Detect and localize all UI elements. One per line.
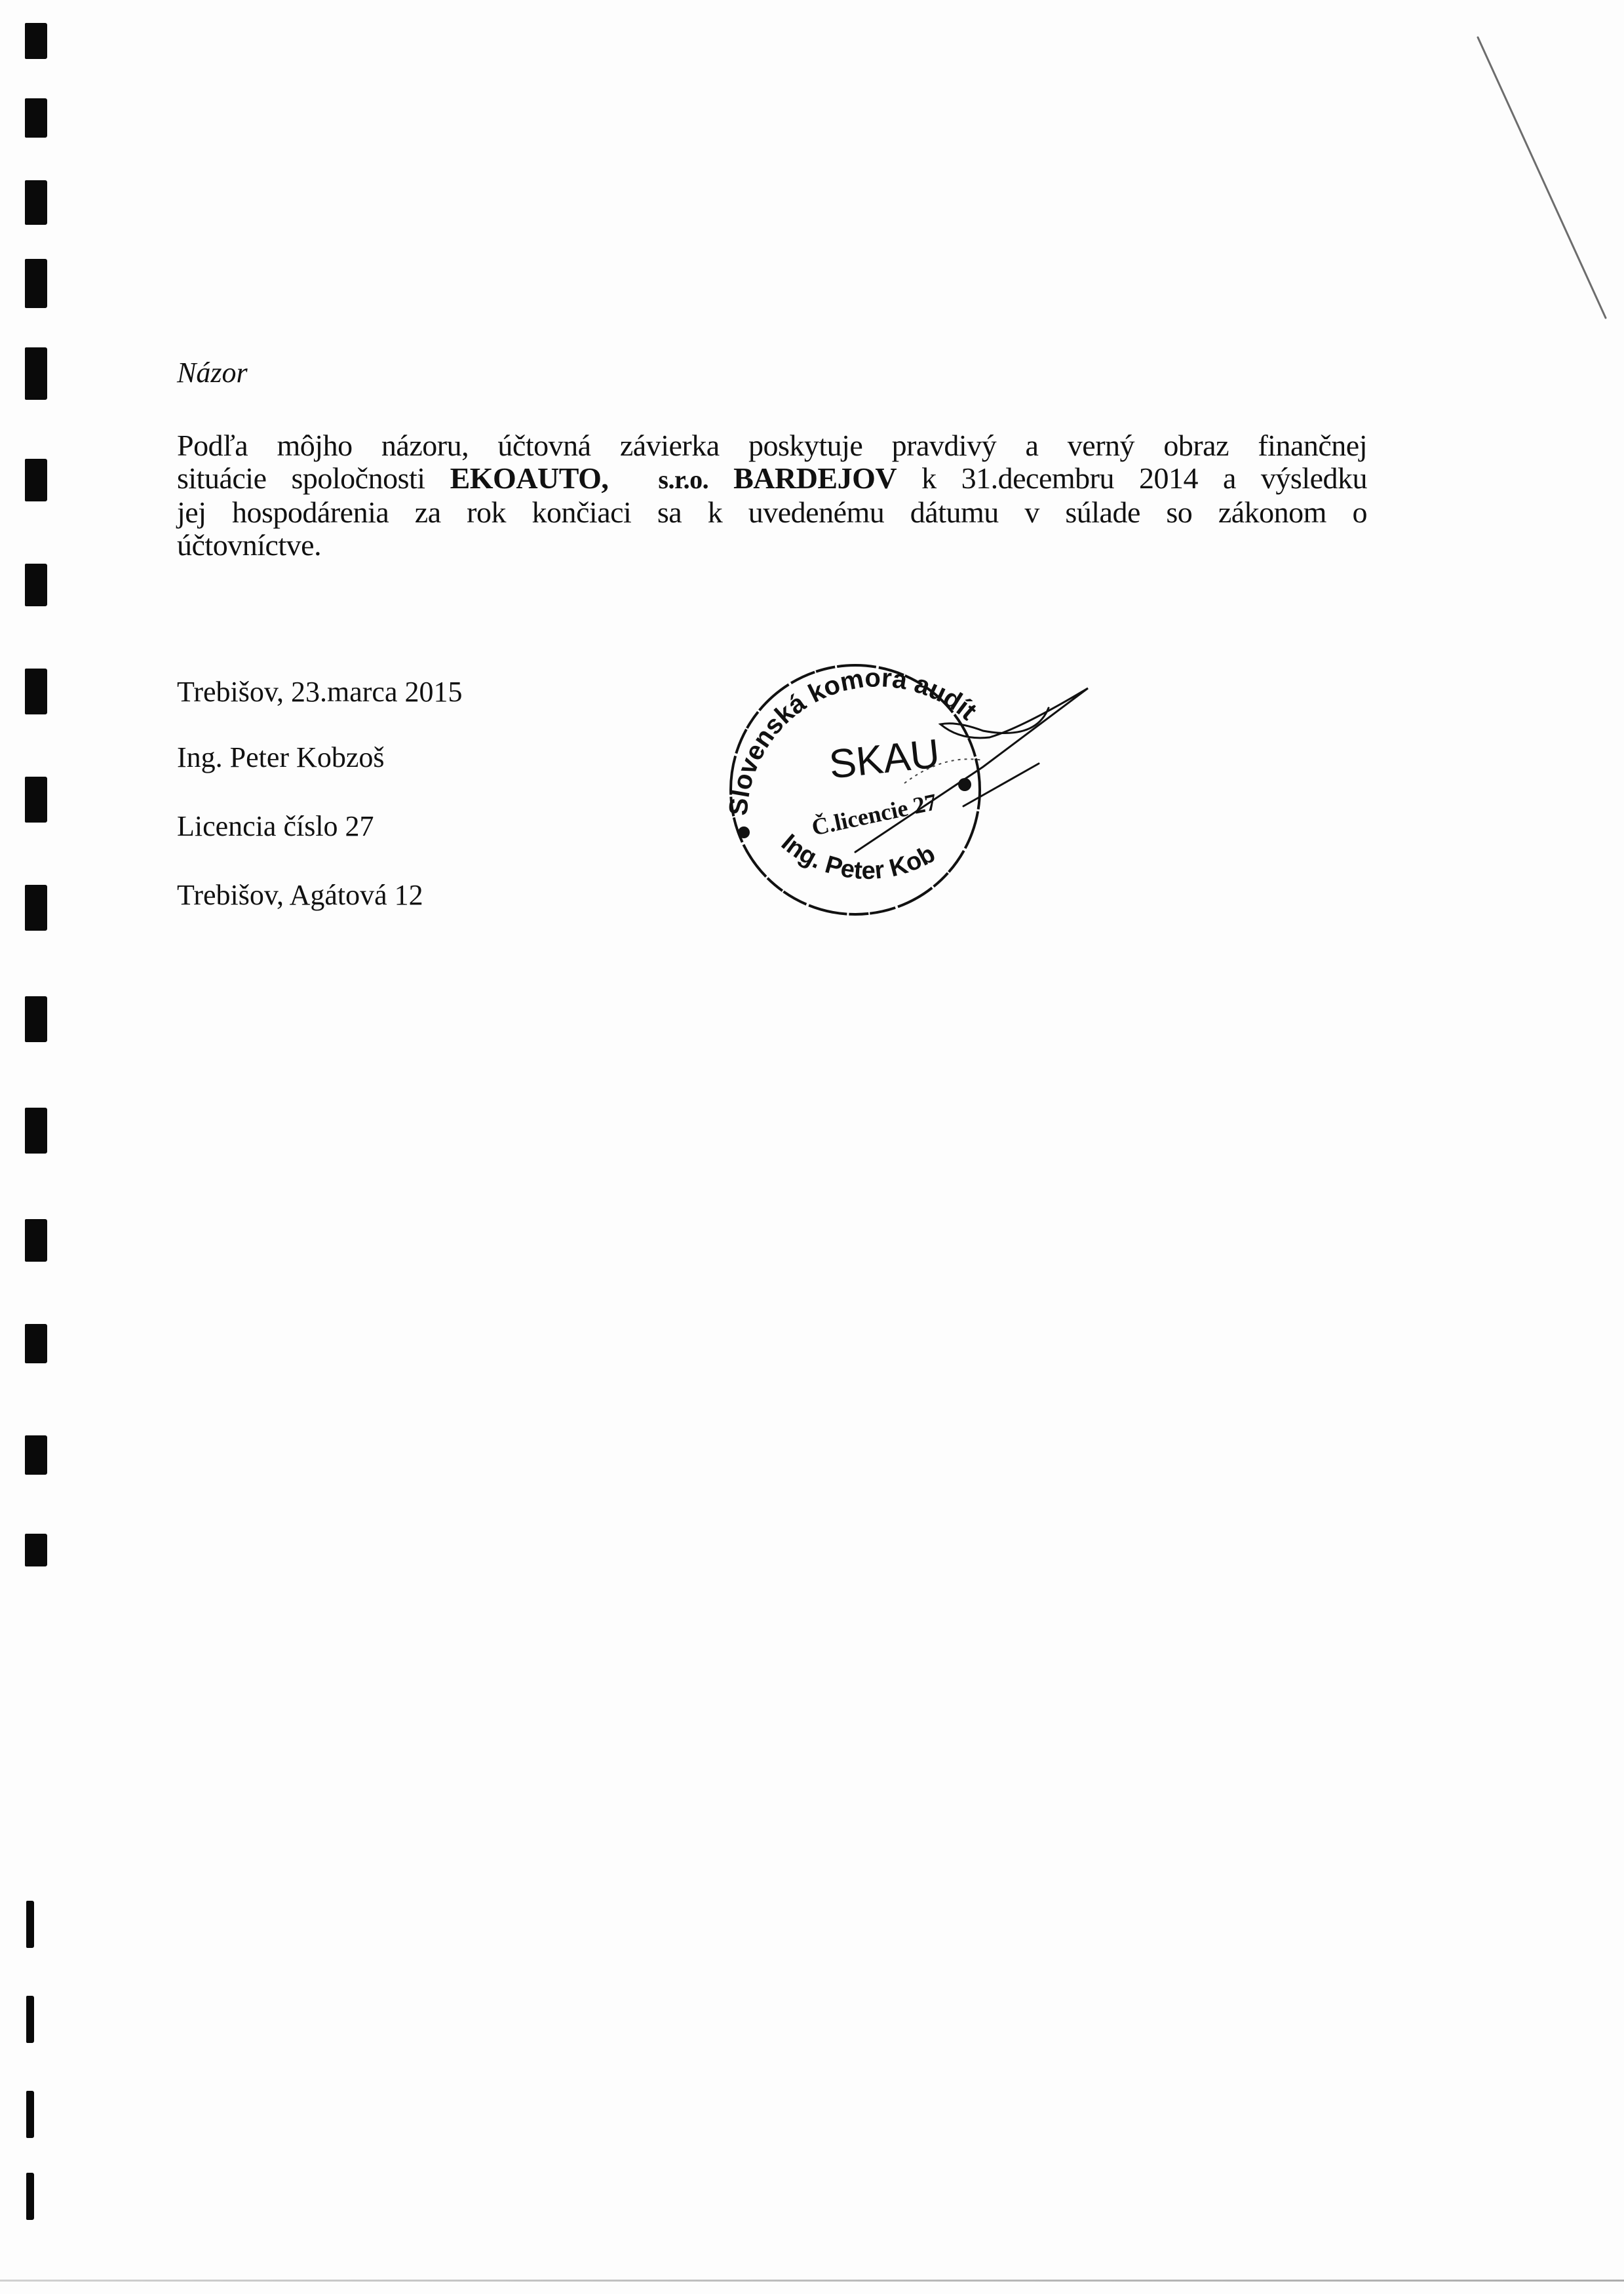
binding-hole — [25, 885, 47, 931]
binding-hole — [26, 1996, 34, 2043]
binding-hole — [25, 1534, 47, 1566]
document-page: Názor Podľa môjho názoru, účtovná závier… — [0, 0, 1624, 2294]
binding-hole — [25, 1435, 47, 1475]
stamp-license-text: Č.licencie 27 — [809, 788, 939, 840]
binding-hole — [26, 1901, 34, 1948]
binding-hole — [25, 459, 47, 501]
place-date: Trebišov, 23.marca 2015 — [177, 675, 462, 709]
binding-hole — [25, 1324, 47, 1363]
company-name: EKOAUTO, — [450, 461, 609, 495]
bottom-edge-line — [0, 2280, 1624, 2282]
stamp-dot-left — [738, 826, 750, 838]
binding-hole — [25, 777, 47, 823]
binding-hole — [26, 2173, 34, 2220]
auditor-address: Trebišov, Agátová 12 — [177, 878, 423, 912]
auditor-name: Ing. Peter Kobzoš — [177, 741, 385, 774]
license-number: Licencia číslo 27 — [177, 809, 374, 843]
binding-hole — [25, 564, 47, 606]
section-heading: Názor — [177, 356, 248, 389]
corner-pen-line — [0, 0, 1624, 393]
stamp-center-abbrev: SKAU — [827, 731, 942, 787]
opinion-paragraph: Podľa môjho názoru, účtovná závierka pos… — [177, 429, 1367, 562]
company-city: BARDEJOV — [733, 461, 897, 495]
opinion-line-3: jej hospodárenia za rok končiaci sa k uv… — [177, 496, 1367, 529]
binding-hole — [25, 996, 47, 1042]
binding-hole — [25, 669, 47, 714]
opinion-line-1: Podľa môjho názoru, účtovná závierka pos… — [177, 429, 1367, 462]
binding-hole — [25, 1108, 47, 1154]
signature-stroke-tail — [963, 764, 1039, 806]
opinion-line-2: situácie spoločnosti EKOAUTO, s.r.o. BAR… — [177, 462, 1367, 496]
auditor-stamp: Slovenská komora audítorov Ing. Peter Ko… — [708, 629, 1101, 924]
binding-hole — [26, 2091, 34, 2138]
binding-hole — [25, 1219, 47, 1262]
opinion-line-4: účtovníctve. — [177, 529, 1367, 562]
legal-form: s.r.o. — [658, 465, 708, 494]
